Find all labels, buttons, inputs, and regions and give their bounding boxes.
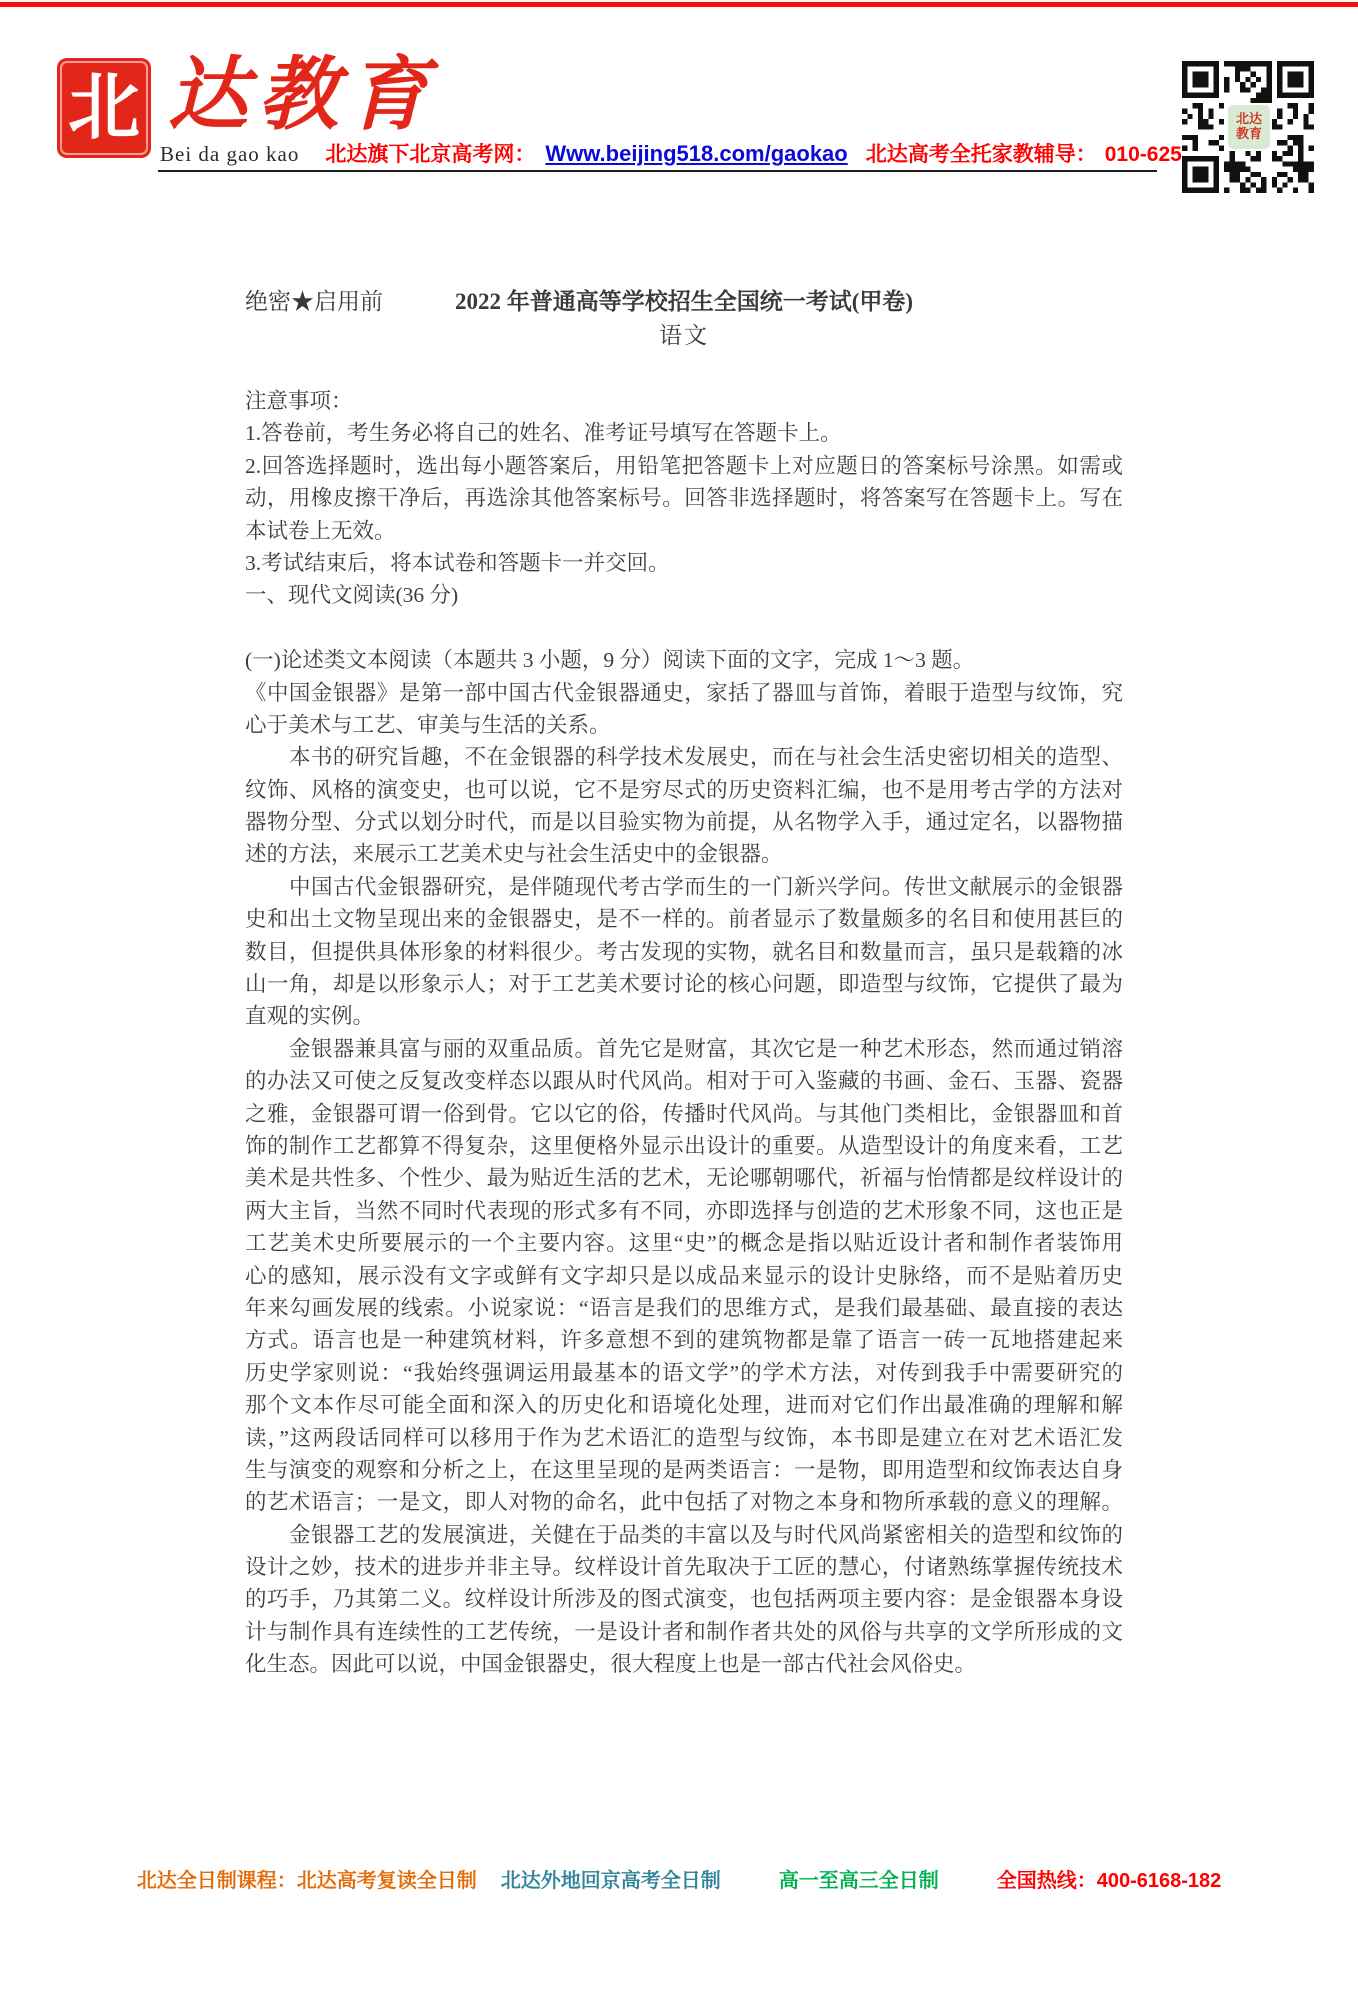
qr-center-label: 北达 教育 [1228, 105, 1270, 149]
brand-tagline: Bei da gao kao [160, 142, 299, 167]
body-line: 器物分型、分式以划分时代，而是以目验实物为前提，从名物学入手，通过定名，以器物描 [245, 806, 1123, 838]
body-line: 注意事项： [245, 385, 1123, 417]
body-line: 之雅，金银器可谓一俗到骨。它以它的俗，传播时代风尚。与其他门类相比，金银器皿和首 [245, 1098, 1123, 1130]
body-line: 本试卷上无效。 [245, 515, 1123, 547]
header-underline [158, 170, 1157, 172]
footer-program-returnee: 北达外地回京高考全日制 [501, 1864, 721, 1893]
tutor-label: 北达高考全托家教辅导： [866, 138, 1097, 168]
footer-program-grades: 高一至高三全日制 [779, 1864, 939, 1893]
body-line: 生与演变的观察和分析之上，在这里呈现的是两类语言：一是物，即用造型和纹饰表达自身 [245, 1454, 1123, 1486]
site-link[interactable]: Www.beijing518.com/gaokao [545, 141, 847, 167]
page-title: 2022 年普通高等学校招生全国统一考试(甲卷) [455, 289, 913, 314]
footer-hotline: 全国热线：400-6168-182 [997, 1864, 1222, 1893]
top-red-rule [0, 2, 1358, 7]
seal-character: 北 [68, 72, 140, 144]
body-line: 的艺术语言；一是文，即人对物的命名，此中包括了对物之本身和物所承载的意义的理解。 [245, 1486, 1123, 1518]
body-line: 历史学家则说：“我始终强调运用最基本的语文学”的学术方法，对传到我手中需要研究的 [245, 1357, 1123, 1389]
scanned-exam-page: 北 达教育 Bei da gao kao 北达旗下北京高考网： Www.beij… [0, 0, 1358, 2008]
subject-title: 语文 [245, 317, 1123, 350]
body-line: 的办法又可使之反复改变样态以跟从时代风尚。相对于可入鉴藏的书画、金石、玉器、瓷器 [245, 1065, 1123, 1097]
body-line: 纹饰、风格的演变史，也可以说，它不是穷尽式的历史资料汇编，也不是用考古学的方法对 [245, 774, 1123, 806]
body-line: 心的感知，展示没有文字或鲜有文字却只是以成品来显示的设计史脉络，而不是贴着历史编… [245, 1260, 1123, 1292]
body-line: 设计之妙，技术的进步并非主导。纹样设计首先取决于工匠的慧心，付诸熟练掌握传统技术 [245, 1551, 1123, 1583]
body-line: 直观的实例。 [245, 1000, 1123, 1032]
qr-label-line2: 教育 [1236, 127, 1262, 142]
document-title-row: 绝密★启用前 2022 年普通高等学校招生全国统一考试(甲卷) [245, 283, 1123, 316]
body-line: 心于美术与工艺、审美与生活的关系。 [245, 709, 1123, 741]
body-line: 美术是共性多、个性少、最为贴近生活的艺术，无论哪朝哪代，祈福与怡情都是纹样设计的 [245, 1162, 1123, 1194]
body-spacer [245, 612, 1123, 644]
classification-label: 绝密★启用前 [245, 283, 383, 316]
body-line: 饰的制作工艺都算不得复杂，这里便格外显示出设计的重要。从造型设计的角度来看，工艺 [245, 1130, 1123, 1162]
site-label: 北达旗下北京高考网： [325, 138, 535, 168]
body-line: 2.回答选择题时，选出每小题答案后，用铅笔把答题卡上对应题日的答案标号涂黑。如需… [245, 450, 1123, 482]
body-line: (一)论述类文本阅读（本题共 3 小题，9 分）阅读下面的文字，完成 1～3 题… [245, 644, 1123, 676]
qr-code: 北达 教育 [1182, 60, 1314, 194]
body-line: 史和出土文物呈现出来的金银器史，是不一样的。前者显示了数量颇多的名目和使用甚巨的 [245, 903, 1123, 935]
body-line: 数目，但提供具体形象的材料很少。考古发现的实物，就名目和数量而言，虽只是载籍的冰 [245, 936, 1123, 968]
body-line: 那个文本作尽可能全面和深入的历史化和语境化处理，进而对它们作出最准确的理解和解 [245, 1389, 1123, 1421]
body-line: 读，”这两段话同样可以移用于作为艺术语汇的造型与纹饰，本书即是建立在对艺术语汇发 [245, 1422, 1123, 1454]
body-line: 中国古代金银器研究，是伴随现代考古学而生的一门新兴学问。传世文献展示的金银器 [245, 871, 1123, 903]
body-line: 年来勾画发展的线索。小说家说：“语言是我们的思维方式，是我们最基础、最直接的表达 [245, 1292, 1123, 1324]
body-line: 山一角，却是以形象示人；对于工艺美术要讨论的核心问题，即造型与纹饰，它提供了最为 [245, 968, 1123, 1000]
body-line: 工艺美术史所要展示的一个主要内容。这里“史”的概念是指以贴近设计者和制作者装饰用 [245, 1227, 1123, 1259]
body-line: 一、现代文阅读(36 分) [245, 579, 1123, 611]
body-line: 计与制作具有连续性的工艺传统，一是设计者和制作者共处的风俗与共享的文学所形成的文 [245, 1616, 1123, 1648]
body-line: 1.答卷前，考生务必将自己的姓名、准考证号填写在答题卡上。 [245, 417, 1123, 449]
body-line: 的巧手，乃其第二义。纹样设计所涉及的图式演变，也包括两项主要内容：是金银器本身设 [245, 1583, 1123, 1615]
footer-program-label: 北达全日制课程： [137, 1864, 297, 1893]
footer-program-fulltime: 北达高考复读全日制 [297, 1864, 477, 1893]
body-line: 3.考试结束后，将本试卷和答题卡一并交回。 [245, 547, 1123, 579]
body-line: 金银器工艺的发展演进，关健在于品类的丰富以及与时代风尚紧密相关的造型和纹饰的 [245, 1519, 1123, 1551]
body-line: 化生态。因此可以说，中国金银器史，很大程度上也是一部古代社会风俗史。 [245, 1648, 1123, 1680]
body-line: 金银器兼具富与丽的双重品质。首先它是财富，其次它是一种艺术形态，然而通过销溶 [245, 1033, 1123, 1065]
body-line: 动，用橡皮擦干净后，再选涂其他答案标号。回答非选择题时，将答案写在答题卡上。写在 [245, 482, 1123, 514]
brand-script-text: 达教育 [168, 48, 438, 144]
brand-seal-logo: 北 [57, 58, 151, 158]
body-line: 《中国金银器》是第一部中国古代金银器通史，家括了器皿与首饰，着眼于造型与纹饰，究 [245, 677, 1123, 709]
body-line: 两大主旨，当然不同时代表现的形式多有不同，亦即选择与创造的艺术形象不同，这也正是 [245, 1195, 1123, 1227]
qr-label-line1: 北达 [1236, 112, 1262, 127]
document-body: 注意事项：1.答卷前，考生务必将自己的姓名、准考证号填写在答题卡上。2.回答选择… [245, 385, 1123, 1681]
body-line: 本书的研究旨趣，不在金银器的科学技术发展史，而在与社会生活史密切相关的造型、 [245, 741, 1123, 773]
header-info-row: Bei da gao kao 北达旗下北京高考网： Www.beijing518… [160, 138, 1220, 168]
body-line: 述的方法，来展示工艺美术史与社会生活史中的金银器。 [245, 838, 1123, 870]
footer-line: 北达全日制课程：北达高考复读全日制北达外地回京高考全日制高一至高三全日制全国热线… [0, 1864, 1358, 1893]
body-line: 方式。语言也是一种建筑材料，许多意想不到的建筑物都是靠了语言一砖一瓦地搭建起来的… [245, 1324, 1123, 1356]
